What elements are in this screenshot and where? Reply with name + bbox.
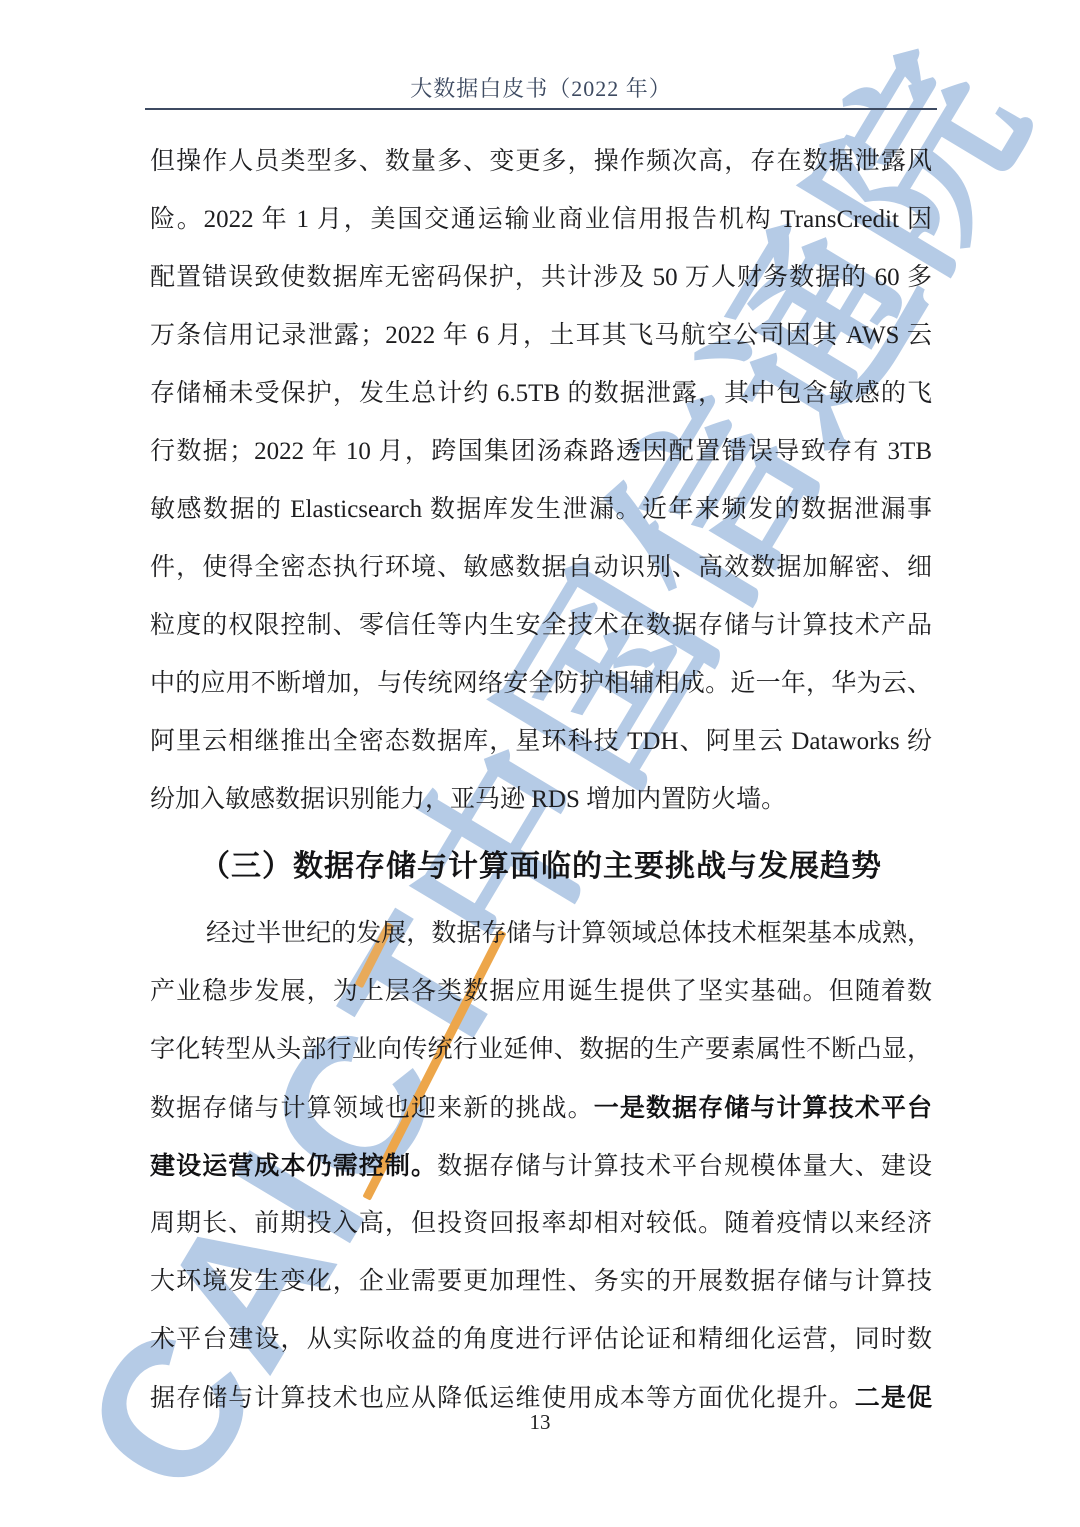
bold-text-segment: 二是促: [855, 1384, 932, 1412]
text-segment: 险。2022 年 1 月，美国交通运输业商业信用报告机构 TransCredit…: [150, 206, 932, 233]
text-line: 行数据；2022 年 10 月，跨国集团汤森路透因配置错误导致存有 3TB: [150, 423, 932, 481]
page-number: 13: [0, 1410, 1080, 1435]
text-line: 中的应用不断增加，与传统网络安全防护相辅相成。近一年，华为云、: [150, 655, 932, 713]
text-segment: 粒度的权限控制、零信任等内生安全技术在数据存储与计算技术产品: [150, 612, 932, 639]
bold-text-segment: 建设运营成本仍需控制。: [150, 1152, 437, 1180]
text-line: 件，使得全密态执行环境、敏感数据自动识别、高效数据加解密、细: [150, 539, 932, 597]
text-segment: 存储桶未受保护，发生总计约 6.5TB 的数据泄露，其中包含敏感的飞: [150, 380, 932, 407]
bold-text-segment: 一是数据存储与计算技术平台: [594, 1094, 932, 1122]
text-line: 粒度的权限控制、零信任等内生安全技术在数据存储与计算技术产品: [150, 597, 932, 655]
text-segment: 纷加入敏感数据识别能力，亚马逊 RDS 增加内置防火墙。: [150, 786, 786, 813]
text-line: 产业稳步发展，为上层各类数据应用诞生提供了坚实基础。但随着数: [150, 963, 932, 1021]
text-segment: 件，使得全密态执行环境、敏感数据自动识别、高效数据加解密、细: [150, 554, 932, 581]
text-segment: 术平台建设，从实际收益的角度进行评估论证和精细化运营，同时数: [150, 1326, 932, 1353]
text-segment: 大环境发生变化，企业需要更加理性、务实的开展数据存储与计算技: [150, 1268, 932, 1295]
text-segment: 中的应用不断增加，与传统网络安全防护相辅相成。近一年，华为云、: [150, 670, 932, 697]
text-line: 术平台建设，从实际收益的角度进行评估论证和精细化运营，同时数: [150, 1311, 932, 1369]
text-line: 存储桶未受保护，发生总计约 6.5TB 的数据泄露，其中包含敏感的飞: [150, 365, 932, 423]
text-segment: 数据存储与计算技术平台规模体量大、建设: [437, 1153, 932, 1180]
text-line: 周期长、前期投入高，但投资回报率却相对较低。随着疫情以来经济: [150, 1195, 932, 1253]
text-segment: 周期长、前期投入高，但投资回报率却相对较低。随着疫情以来经济: [150, 1210, 932, 1237]
text-segment: 行数据；2022 年 10 月，跨国集团汤森路透因配置错误导致存有 3TB: [150, 438, 932, 465]
text-segment: 产业稳步发展，为上层各类数据应用诞生提供了坚实基础。但随着数: [150, 978, 932, 1005]
text-line: 敏感数据的 Elasticsearch 数据库发生泄漏。近年来频发的数据泄漏事: [150, 481, 932, 539]
document-body: 但操作人员类型多、数量多、变更多，操作频次高，存在数据泄露风险。2022 年 1…: [150, 133, 932, 1427]
page-header-title: 大数据白皮书（2022 年）: [148, 72, 934, 103]
text-segment: 配置错误致使数据库无密码保护，共计涉及 50 万人财务数据的 60 多: [150, 264, 932, 291]
text-segment: 字化转型从头部行业向传统行业延伸、数据的生产要素属性不断凸显，: [150, 1036, 932, 1063]
text-segment: 敏感数据的 Elasticsearch 数据库发生泄漏。近年来频发的数据泄漏事: [150, 496, 932, 523]
text-segment: 万条信用记录泄露；2022 年 6 月，土耳其飞马航空公司因其 AWS 云: [150, 322, 932, 349]
text-line: 数据存储与计算领域也迎来新的挑战。一是数据存储与计算技术平台: [150, 1079, 932, 1137]
document-page: CAICT中国信通院 大数据白皮书（2022 年） 但操作人员类型多、数量多、变…: [0, 0, 1080, 1527]
text-segment: 数据存储与计算领域也迎来新的挑战。: [150, 1095, 594, 1122]
text-line: 大环境发生变化，企业需要更加理性、务实的开展数据存储与计算技: [150, 1253, 932, 1311]
section-heading: （三）数据存储与计算面临的主要挑战与发展趋势: [150, 829, 932, 905]
text-segment: 阿里云相继推出全密态数据库，星环科技 TDH、阿里云 Dataworks 纷: [150, 728, 932, 755]
text-segment: 据存储与计算技术也应从降低运维使用成本等方面优化提升。: [150, 1385, 855, 1412]
text-line: 字化转型从头部行业向传统行业延伸、数据的生产要素属性不断凸显，: [150, 1021, 932, 1079]
text-line: 险。2022 年 1 月，美国交通运输业商业信用报告机构 TransCredit…: [150, 191, 932, 249]
text-segment: 但操作人员类型多、数量多、变更多，操作频次高，存在数据泄露风: [150, 148, 932, 175]
text-line: 配置错误致使数据库无密码保护，共计涉及 50 万人财务数据的 60 多: [150, 249, 932, 307]
text-line: 但操作人员类型多、数量多、变更多，操作频次高，存在数据泄露风: [150, 133, 932, 191]
header-rule: [145, 108, 937, 110]
text-line: 建设运营成本仍需控制。数据存储与计算技术平台规模体量大、建设: [150, 1137, 932, 1195]
text-segment: 经过半世纪的发展，数据存储与计算领域总体技术框架基本成熟，: [206, 920, 932, 947]
text-line: 纷加入敏感数据识别能力，亚马逊 RDS 增加内置防火墙。: [150, 771, 932, 829]
text-line: 经过半世纪的发展，数据存储与计算领域总体技术框架基本成熟，: [150, 905, 932, 963]
text-line: 万条信用记录泄露；2022 年 6 月，土耳其飞马航空公司因其 AWS 云: [150, 307, 932, 365]
text-line: 阿里云相继推出全密态数据库，星环科技 TDH、阿里云 Dataworks 纷: [150, 713, 932, 771]
